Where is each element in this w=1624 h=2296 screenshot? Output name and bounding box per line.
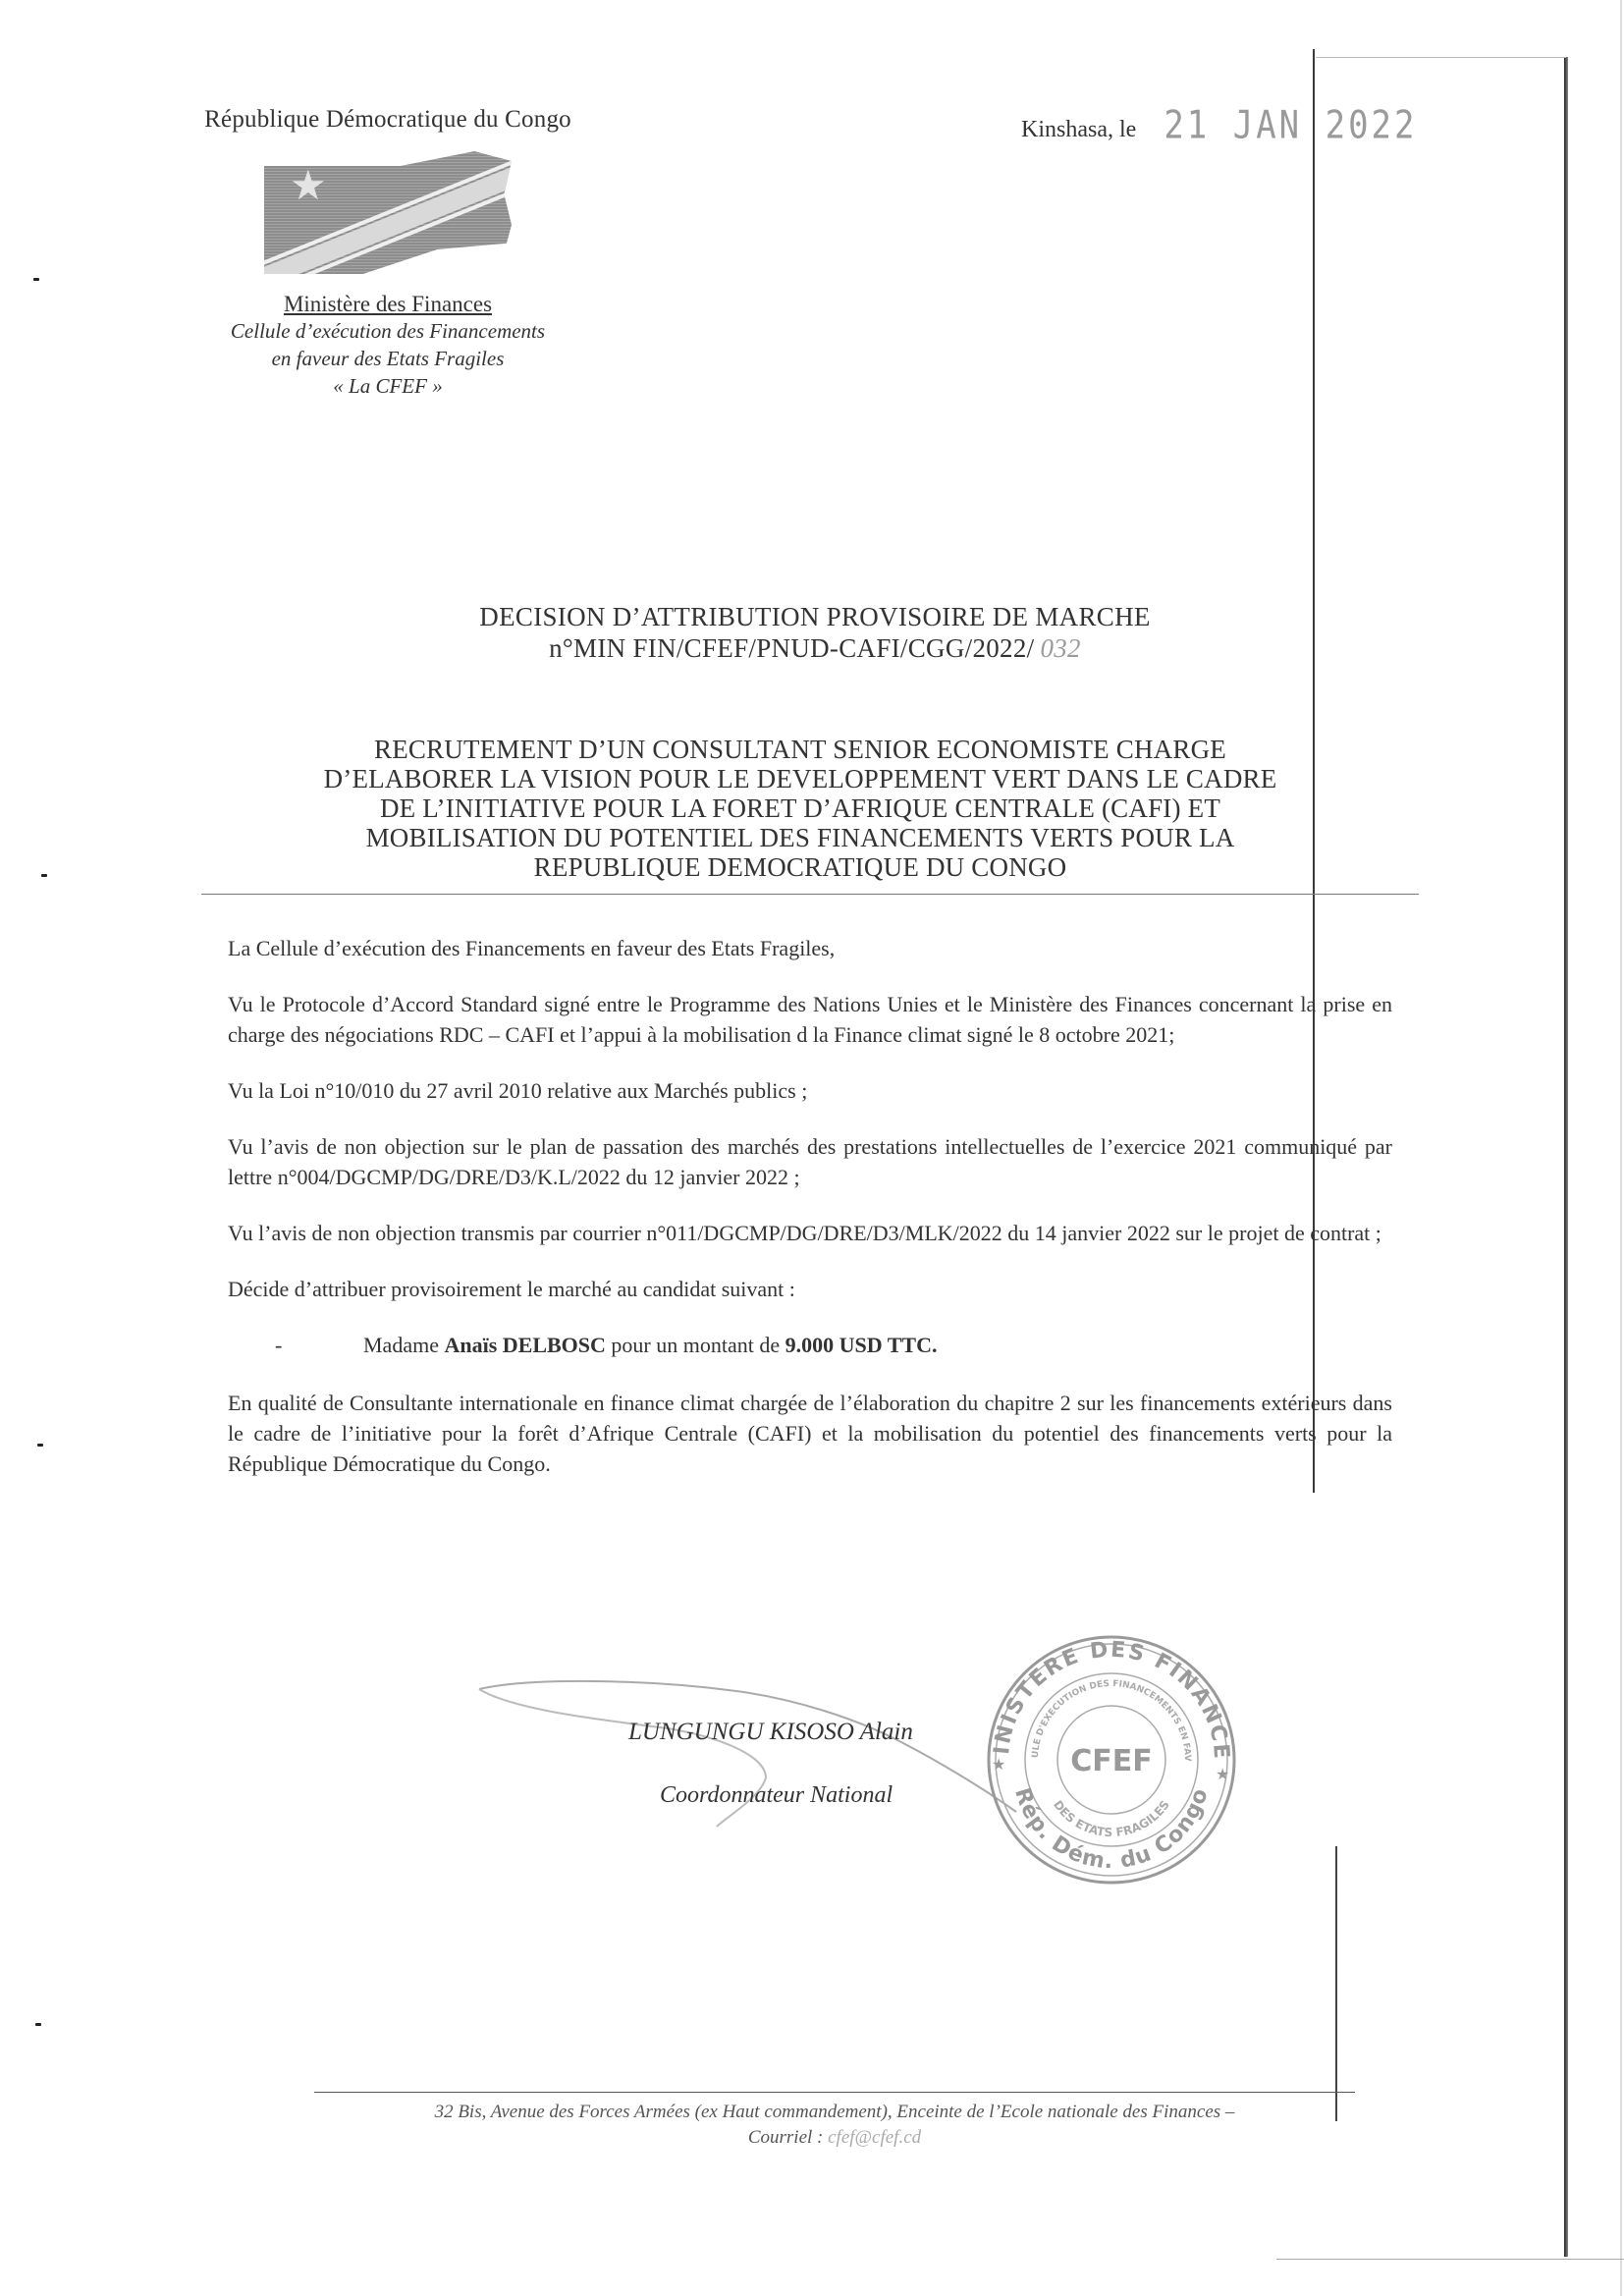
date-stamp: 21 JAN 2022 bbox=[1164, 103, 1417, 148]
award-amount: 9.000 USD TTC. bbox=[785, 1333, 938, 1357]
attribution-text: Madame Anaïs DELBOSC pour un montant de … bbox=[363, 1330, 937, 1360]
decision-reference: n°MIN FIN/CFEF/PNUD-CAFI/CGG/2022/032 bbox=[295, 632, 1335, 664]
awardee-last-name: DELBOSC bbox=[503, 1333, 606, 1357]
decision-reference-number: 032 bbox=[1040, 633, 1080, 663]
ministry-name: Ministère des Finances bbox=[157, 292, 619, 317]
bullet-dash: - bbox=[228, 1330, 363, 1360]
date-prefix: Kinshasa, le bbox=[1021, 117, 1136, 143]
decision-title-block: DECISION D’ATTRIBUTION PROVISOIRE DE MAR… bbox=[295, 601, 1335, 664]
footer-email: cfef@cfef.cd bbox=[828, 2127, 921, 2148]
divider bbox=[201, 894, 1419, 895]
subject-line: DE L’INITIATIVE POUR LA FORET D’AFRIQUE … bbox=[226, 793, 1375, 823]
official-stamp: MINISTERE DES FINANCES Rép. Dém. du Cong… bbox=[984, 1632, 1239, 1887]
cell-name-line-2: en faveur des Etats Fragiles bbox=[157, 345, 619, 372]
subject-line: RECRUTEMENT D’UN CONSULTANT SENIOR ECONO… bbox=[226, 735, 1375, 764]
footer-contact: Courriel : cfef@cfef.cd bbox=[314, 2125, 1355, 2151]
footer: 32 Bis, Avenue des Forces Armées (ex Hau… bbox=[314, 2100, 1355, 2151]
footer-email-label: Courriel : bbox=[748, 2127, 828, 2148]
punch-mark bbox=[33, 278, 39, 281]
decision-title: DECISION D’ATTRIBUTION PROVISOIRE DE MAR… bbox=[295, 601, 1335, 632]
signer-title: Coordonnateur National bbox=[660, 1782, 893, 1809]
attribution-prefix: Madame bbox=[363, 1333, 444, 1357]
country-name: République Démocratique du Congo bbox=[157, 106, 619, 134]
decision-body: La Cellule d’exécution des Financements … bbox=[228, 933, 1392, 1497]
stamp-center: CFEF bbox=[1070, 1744, 1153, 1778]
letterhead: République Démocratique du Congo ★ Minis… bbox=[157, 106, 619, 400]
decision-reference-code: n°MIN FIN/CFEF/PNUD-CAFI/CGG/2022/ bbox=[549, 633, 1034, 663]
awardee-first-name: Anaïs bbox=[444, 1333, 502, 1357]
attribution-middle: pour un montant de bbox=[606, 1333, 785, 1357]
scan-artifact-line bbox=[1276, 2259, 1624, 2260]
svg-text:DES ETATS FRAGILES: DES ETATS FRAGILES bbox=[1051, 1798, 1172, 1839]
drc-flag-icon: ★ bbox=[264, 151, 512, 274]
punch-mark bbox=[35, 2023, 41, 2026]
handwritten-signature bbox=[471, 1669, 1021, 1836]
subject-block: RECRUTEMENT D’UN CONSULTANT SENIOR ECONO… bbox=[226, 735, 1375, 882]
subject-line: D’ELABORER LA VISION POUR LE DEVELOPPEME… bbox=[226, 764, 1375, 793]
subject-line: REPUBLIQUE DEMOCRATIQUE DU CONGO bbox=[226, 852, 1375, 882]
consideration-paragraph: Vu l’avis de non objection sur le plan d… bbox=[228, 1131, 1392, 1192]
star-icon: ★ bbox=[992, 1755, 1005, 1774]
signer-name: LUNGUNGU KISOSO Alain bbox=[628, 1719, 913, 1746]
punch-mark bbox=[41, 874, 47, 877]
scan-page-border bbox=[1564, 57, 1568, 2257]
date-line: Kinshasa, le 21 JAN 2022 bbox=[1021, 106, 1417, 145]
scan-page-edge bbox=[1620, 0, 1622, 2296]
decision-paragraph: Décide d’attribuer provisoirement le mar… bbox=[228, 1274, 1392, 1304]
punch-mark bbox=[37, 1444, 43, 1447]
footer-divider bbox=[314, 2092, 1355, 2093]
capacity-paragraph: En qualité de Consultante internationale… bbox=[228, 1388, 1392, 1479]
star-icon: ★ bbox=[1216, 1765, 1229, 1783]
consideration-paragraph: Vu le Protocole d’Accord Standard signé … bbox=[228, 989, 1392, 1050]
scan-artifact-line bbox=[1316, 57, 1566, 58]
subject-line: MOBILISATION DU POTENTIEL DES FINANCEMEN… bbox=[226, 823, 1375, 852]
stamp-inner-bottom: DES ETATS FRAGILES bbox=[1051, 1798, 1172, 1839]
cell-acronym: « La CFEF » bbox=[157, 372, 619, 400]
star-icon: ★ bbox=[290, 165, 327, 206]
footer-address: 32 Bis, Avenue des Forces Armées (ex Hau… bbox=[314, 2100, 1355, 2125]
intro-paragraph: La Cellule d’exécution des Financements … bbox=[228, 933, 1392, 963]
consideration-paragraph: Vu l’avis de non objection transmis par … bbox=[228, 1218, 1392, 1248]
consideration-paragraph: Vu la Loi n°10/010 du 27 avril 2010 rela… bbox=[228, 1075, 1392, 1106]
scan-artifact-line bbox=[1335, 1846, 1337, 2121]
attribution-item: - Madame Anaïs DELBOSC pour un montant d… bbox=[228, 1330, 1392, 1360]
cell-name-line-1: Cellule d’exécution des Financements bbox=[157, 317, 619, 345]
